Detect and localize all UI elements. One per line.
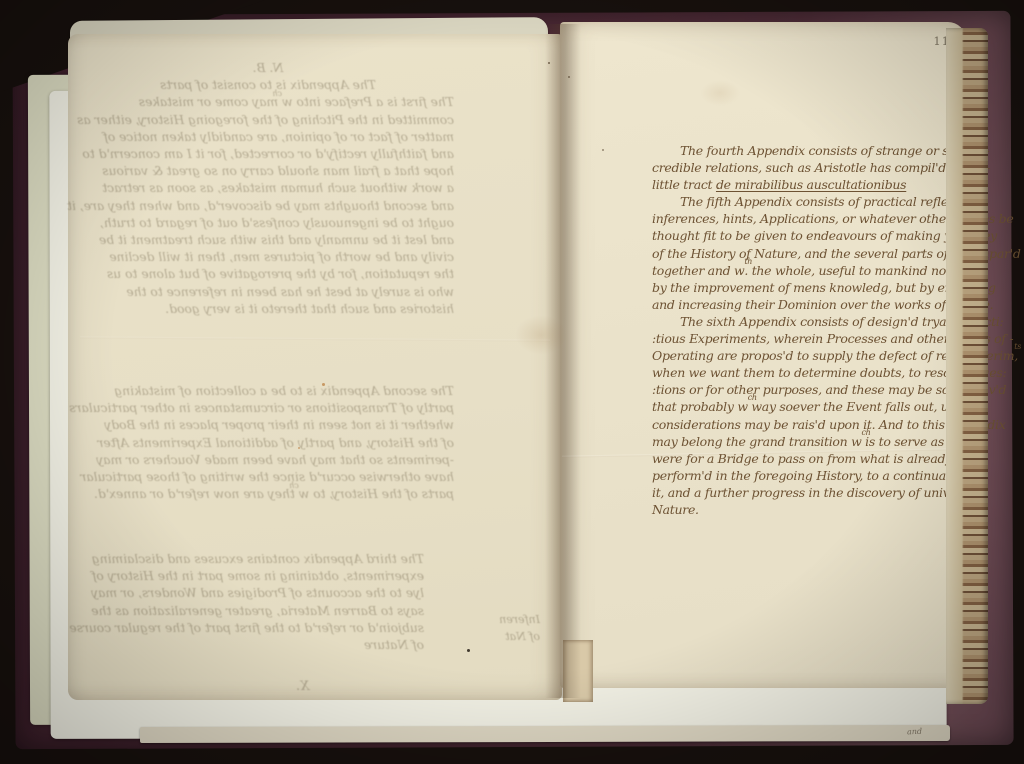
paper-stain xyxy=(700,80,740,106)
showthrough-line: of Nature xyxy=(94,637,424,654)
ink-speck xyxy=(602,149,604,151)
showthrough-line: civily and be worth of pictures men, the… xyxy=(82,249,454,266)
manuscript-line: Nature. xyxy=(652,501,986,518)
manuscript-line: of the History of Nature, and the severa… xyxy=(652,245,986,262)
showthrough-line: whether it is not seen in their proper p… xyxy=(82,417,454,434)
bottom-page-edges: and xyxy=(140,725,950,743)
manuscript-line: The fifth Appendix consists of practical… xyxy=(652,193,986,210)
manuscript-line: when we want them to determine doubts, t… xyxy=(652,364,986,381)
manuscript-line: that probably wch way soever the Event f… xyxy=(652,398,986,415)
right-page-text: The fourth Appendix consists of strange … xyxy=(652,142,986,518)
showthrough-line: experiments, obtaining in some part in t… xyxy=(94,568,424,585)
manuscript-line: :tions or for other purposes, and these … xyxy=(652,381,986,398)
left-page: N. B.The Appendix is to consist of parts… xyxy=(68,34,562,700)
paper-stain xyxy=(515,315,567,355)
showthrough-line: committed in the Pitching of the foregoi… xyxy=(82,112,454,129)
manuscript-line: and increasing their Dominion over the w… xyxy=(652,296,986,313)
showthrough-line: The first is a Preface into wch may come… xyxy=(82,94,454,111)
showthrough-line: partly of Transpositions or circumstance… xyxy=(82,400,454,417)
edge-scribble-text: and xyxy=(907,727,922,737)
showthrough-line: The third Appendix contains excuses and … xyxy=(94,551,424,568)
manuscript-line: by the improvement of mens knowledg, but… xyxy=(652,279,986,296)
showthrough-line: hope that a frail man should carry on so… xyxy=(82,163,454,180)
showthrough-line: and lest it be unmanly and this with suc… xyxy=(82,232,454,249)
showthrough-block-2: The second Appendix is to be a collectio… xyxy=(82,383,454,503)
showthrough-line: have otherwise occur'd since the writing… xyxy=(82,469,454,486)
gutter-shadow xyxy=(545,24,581,698)
marbled-fore-edge xyxy=(946,28,988,704)
photograph-of-open-manuscript-book: and N. B.The Appendix is to consist of p… xyxy=(0,0,1024,764)
showthrough-line: Inferen xyxy=(420,611,540,628)
manuscript-line: :tious Experiments, wherein Processes an… xyxy=(652,330,986,347)
showthrough-line: matter of fact or of opinion, are candid… xyxy=(82,129,454,146)
showthrough-flourish: X. xyxy=(296,679,309,694)
showthrough-line: lye to the accounts of Prodigies and Won… xyxy=(94,585,424,602)
showthrough-line: -periments so that may have been made Vo… xyxy=(82,452,454,469)
manuscript-line: credible relations, such as Aristotle ha… xyxy=(652,159,986,176)
manuscript-line: Operating are propos'd to supply the def… xyxy=(652,347,986,364)
ink-speck xyxy=(467,649,470,652)
foxing-speck xyxy=(322,383,325,386)
showthrough-line: parts of the History, to wch they are no… xyxy=(82,486,454,503)
showthrough-line: says to Barren Materia, greater generali… xyxy=(94,603,424,620)
manuscript-line: considerations may be rais'd upon it. An… xyxy=(652,416,986,433)
foxing-speck xyxy=(298,447,300,449)
manuscript-line: little tract de mirabilibus auscultation… xyxy=(652,176,986,193)
manuscript-line: The fourth Appendix consists of strange … xyxy=(652,142,986,159)
manuscript-line: inferences, hints, Applications, or what… xyxy=(652,210,986,227)
manuscript-line: thought fit to be given to endeavours of… xyxy=(652,227,986,244)
showthrough-line: of Nat xyxy=(420,628,540,645)
manuscript-line: it, and a further progress in the discov… xyxy=(652,484,986,501)
showthrough-line: a work without such human mistakes, as s… xyxy=(82,180,454,197)
showthrough-line: of the History, and partly of additional… xyxy=(82,435,454,452)
manuscript-line: perform'd in the foregoing History, to a… xyxy=(652,467,986,484)
showthrough-line: The second Appendix is to be a collectio… xyxy=(82,383,454,400)
showthrough-block-3: The third Appendix contains excuses and … xyxy=(94,551,424,654)
showthrough-line: the reputation, for by the prerogative o… xyxy=(82,266,454,283)
showthrough-block-1: N. B.The Appendix is to consist of parts… xyxy=(82,60,454,318)
right-page: 11 The fourth Appendix consists of stran… xyxy=(560,22,966,688)
showthrough-fragment: Inferenof Nat xyxy=(420,611,540,645)
showthrough-line: N. B. xyxy=(82,60,454,77)
showthrough-line: who is surely at best he has been in ref… xyxy=(82,284,454,301)
showthrough-line: ought to be ingenuously confess'd out of… xyxy=(82,215,454,232)
showthrough-line: subjoin'd or refer'd to the first part o… xyxy=(94,620,424,637)
manuscript-line: The sixth Appendix consists of design'd … xyxy=(652,313,986,330)
showthrough-line: and second thoughts may be discover'd, a… xyxy=(82,198,454,215)
manuscript-line: may belong the grand transition wch is t… xyxy=(652,433,986,450)
showthrough-line: histories and such that thereto it is ve… xyxy=(82,301,454,318)
ink-speck xyxy=(548,62,550,64)
ink-speck xyxy=(568,76,570,78)
showthrough-line: The Appendix is to consist of parts xyxy=(82,77,454,94)
manuscript-line: together and wth. the whole, useful to m… xyxy=(652,262,986,279)
showthrough-line: and faithfully rectify'd or corrected, f… xyxy=(82,146,454,163)
